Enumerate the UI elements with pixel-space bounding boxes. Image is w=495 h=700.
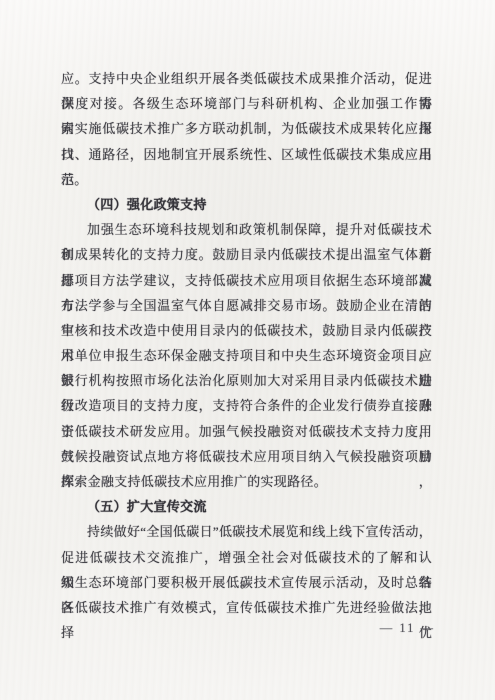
text-line: 银行机构按照市场化法治化原则加大对采用目录内低碳技术进行升 xyxy=(61,368,432,393)
page-number-text: — 11 — xyxy=(380,621,435,635)
page-number: — 11 — xyxy=(380,621,435,636)
text-line: 促进低碳技术交流推广，增强全社会对低碳技术的了解和认知。各 xyxy=(61,545,432,570)
section-heading: （五）扩大宣传交流 xyxy=(61,494,432,519)
text-line: 和成果转化的支持力度。鼓励目录内低碳技术提出温室气体自愿减 xyxy=(61,242,432,267)
text-line: 区低碳技术推广有效模式，宣传低碳技术推广先进经验做法，择优 xyxy=(61,595,432,620)
section-heading: （四）强化政策支持 xyxy=(61,192,432,217)
text-line: 级生态环境部门要积极开展低碳技术宣传展示活动，及时总结各地 xyxy=(61,570,432,595)
text-line: 审核和技术改造中使用目录内的低碳技术，鼓励目录内低碳技术应 xyxy=(61,318,432,343)
text-line: 级改造项目的支持力度，支持符合条件的企业发行债券直接融资用 xyxy=(61,393,432,418)
text-line: 排项目方法学建议，支持低碳技术应用项目依据生态环境部发布的 xyxy=(61,268,432,293)
document-page: 应。支持中央企业组织开展各类低碳技术成果推介活动，促进供需深度对接。各级生态环境… xyxy=(0,0,495,700)
text-line: 应。支持中央企业组织开展各类低碳技术成果推介活动，促进供需 xyxy=(61,66,432,91)
text-line: 于低碳技术研发应用。加强气候投融资对低碳技术支持力度，鼓励 xyxy=(61,419,432,444)
text-line: 索实施低碳技术推广多方联动机制，为低碳技术成果转化应用找出 xyxy=(61,116,432,141)
text-line: 用单位申报生态环保金融支持项目和中央生态环境资金项目。鼓励 xyxy=(61,343,432,368)
text-line: 加强生态环境科技规划和政策机制保障，提升对低碳技术创新 xyxy=(61,217,432,242)
text-line: 深度对接。各级生态环境部门与科研机构、企业加强工作协同，探 xyxy=(61,91,432,116)
text-line: 气候投融资试点地方将低碳技术应用项目纳入气候投融资项目库， xyxy=(61,444,432,469)
document-body: 应。支持中央企业组织开展各类低碳技术成果推介活动，促进供需深度对接。各级生态环境… xyxy=(61,66,432,620)
text-line: 持续做好“全国低碳日”低碳技术展览和线上线下宣传活动， xyxy=(61,519,432,544)
text-line: 口、通路径，因地制宜开展系统性、区域性低碳技术集成应用示 xyxy=(61,142,432,167)
text-line: 方法学参与全国温室气体自愿减排交易市场。鼓励企业在清洁生产 xyxy=(61,293,432,318)
text-line: 范。 xyxy=(61,167,432,192)
